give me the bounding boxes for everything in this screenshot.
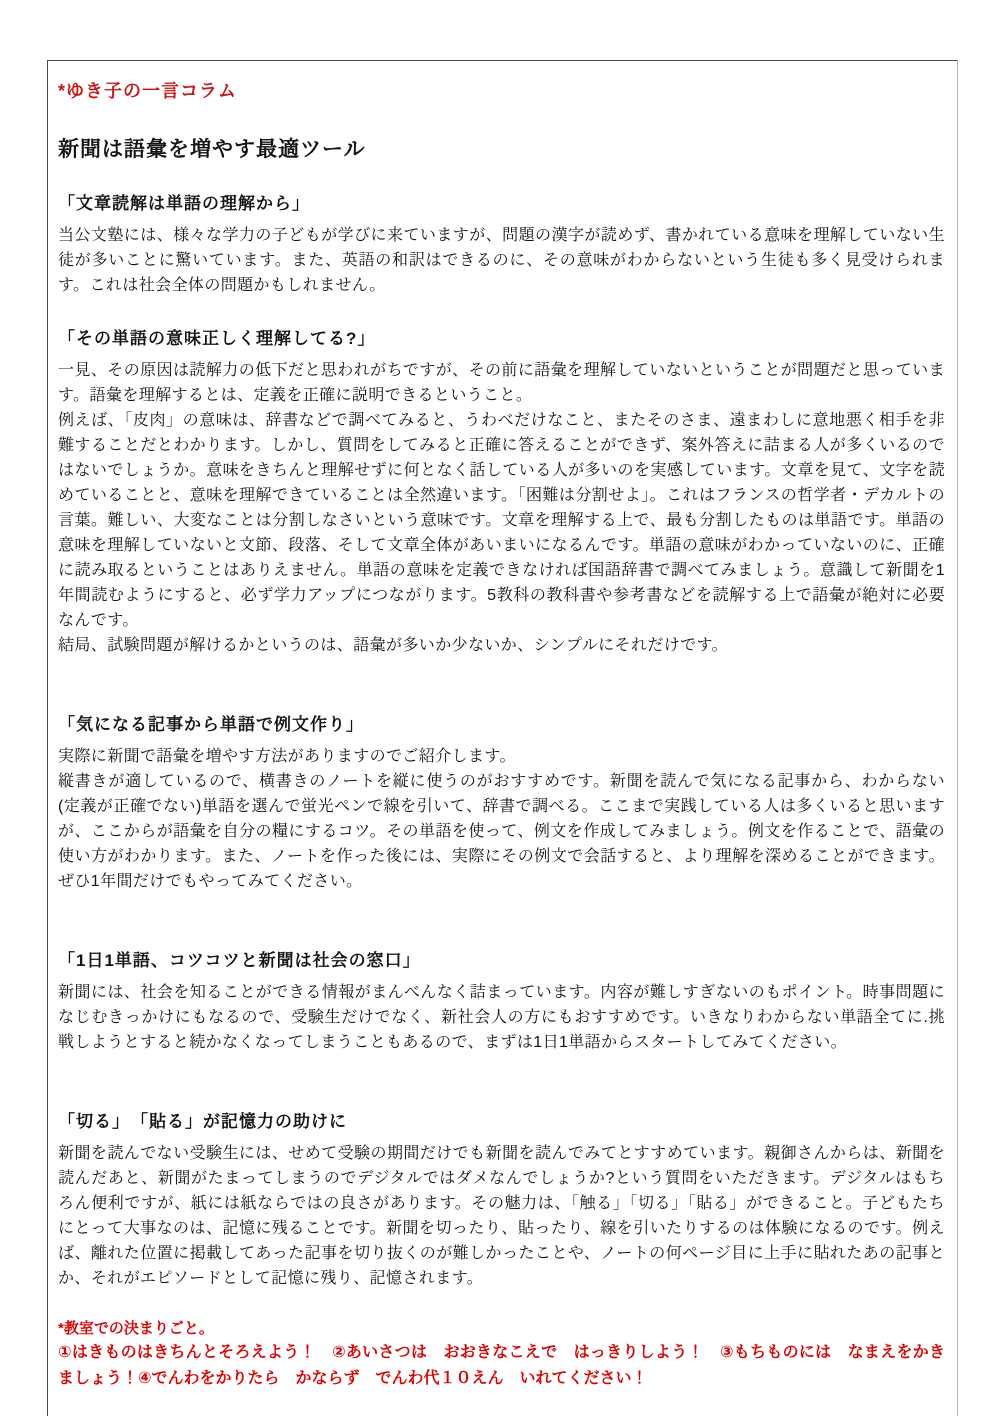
classroom-rules-body: ①はきものはきちんとそろえよう！ ②あいさつは おおきなこえで はっきりしよう！… (58, 1340, 945, 1392)
paragraph: 例えば、「皮肉」の意味は、辞書などで調べてみると、うわべだけなこと、またそのさま… (58, 408, 945, 633)
section-word-meaning: 「その単語の意味正しく理解してる?」 一見、その原因は読解力の低下だと思われがち… (58, 324, 945, 658)
paragraph: 縦書きが適しているので、横書きのノートを縦に使うのがおすすめです。新聞を読んで気… (58, 769, 945, 894)
section-cut-and-paste: 「切る」 「貼る」が記憶力の助けに 新聞を読んでない受験生には、せめて受験の期間… (58, 1107, 945, 1291)
section-one-word-a-day: 「1日1単語、コツコツと新聞は社会の窓口」 新聞には、社会を知ることができる情報… (58, 946, 945, 1055)
paragraph: 実際に新聞で語彙を増やす方法がありますのでご紹介します。 (58, 744, 945, 769)
paragraph: 当公文塾には、様々な学力の子どもが学びに来ていますが、問題の漢字が読めず、書かれ… (58, 223, 945, 298)
section-example-sentences: 「気になる記事から単語で例文作り」 実際に新聞で語彙を増やす方法がありますのでご… (58, 710, 945, 894)
section-heading: 「その単語の意味正しく理解してる?」 (58, 324, 945, 349)
page-container: *ゆき子の一言コラム 新聞は語彙を増やす最適ツール 「文章読解は単語の理解から」… (47, 60, 958, 1416)
section-heading: 「1日1単語、コツコツと新聞は社会の窓口」 (58, 946, 945, 971)
classroom-rules: *教室での決まりごと。 ①はきものはきちんとそろえよう！ ②あいさつは おおきな… (58, 1317, 945, 1392)
section-reading-comprehension: 「文章読解は単語の理解から」 当公文塾には、様々な学力の子どもが学びに来ています… (58, 189, 945, 298)
main-heading: 新聞は語彙を増やす最適ツール (58, 133, 945, 163)
section-heading: 「気になる記事から単語で例文作り」 (58, 710, 945, 735)
classroom-rules-title: *教室での決まりごと。 (58, 1317, 945, 1338)
paragraph: 新聞には、社会を知ることができる情報がまんべんなく詰まっています。内容が難しすぎ… (58, 980, 945, 1055)
section-heading: 「切る」 「貼る」が記憶力の助けに (58, 1107, 945, 1132)
paragraph: 結局、試験問題が解けるかというのは、語彙が多いか少ないか、シンプルにそれだけです… (58, 633, 945, 658)
paragraph: 一見、その原因は読解力の低下だと思われがちですが、その前に語彙を理解していないと… (58, 358, 945, 408)
section-heading: 「文章読解は単語の理解から」 (58, 189, 945, 214)
paragraph: 新聞を読んでない受験生には、せめて受験の期間だけでも新聞を読んでみてとすすめてい… (58, 1141, 945, 1291)
doc-title: *ゆき子の一言コラム (58, 77, 945, 103)
